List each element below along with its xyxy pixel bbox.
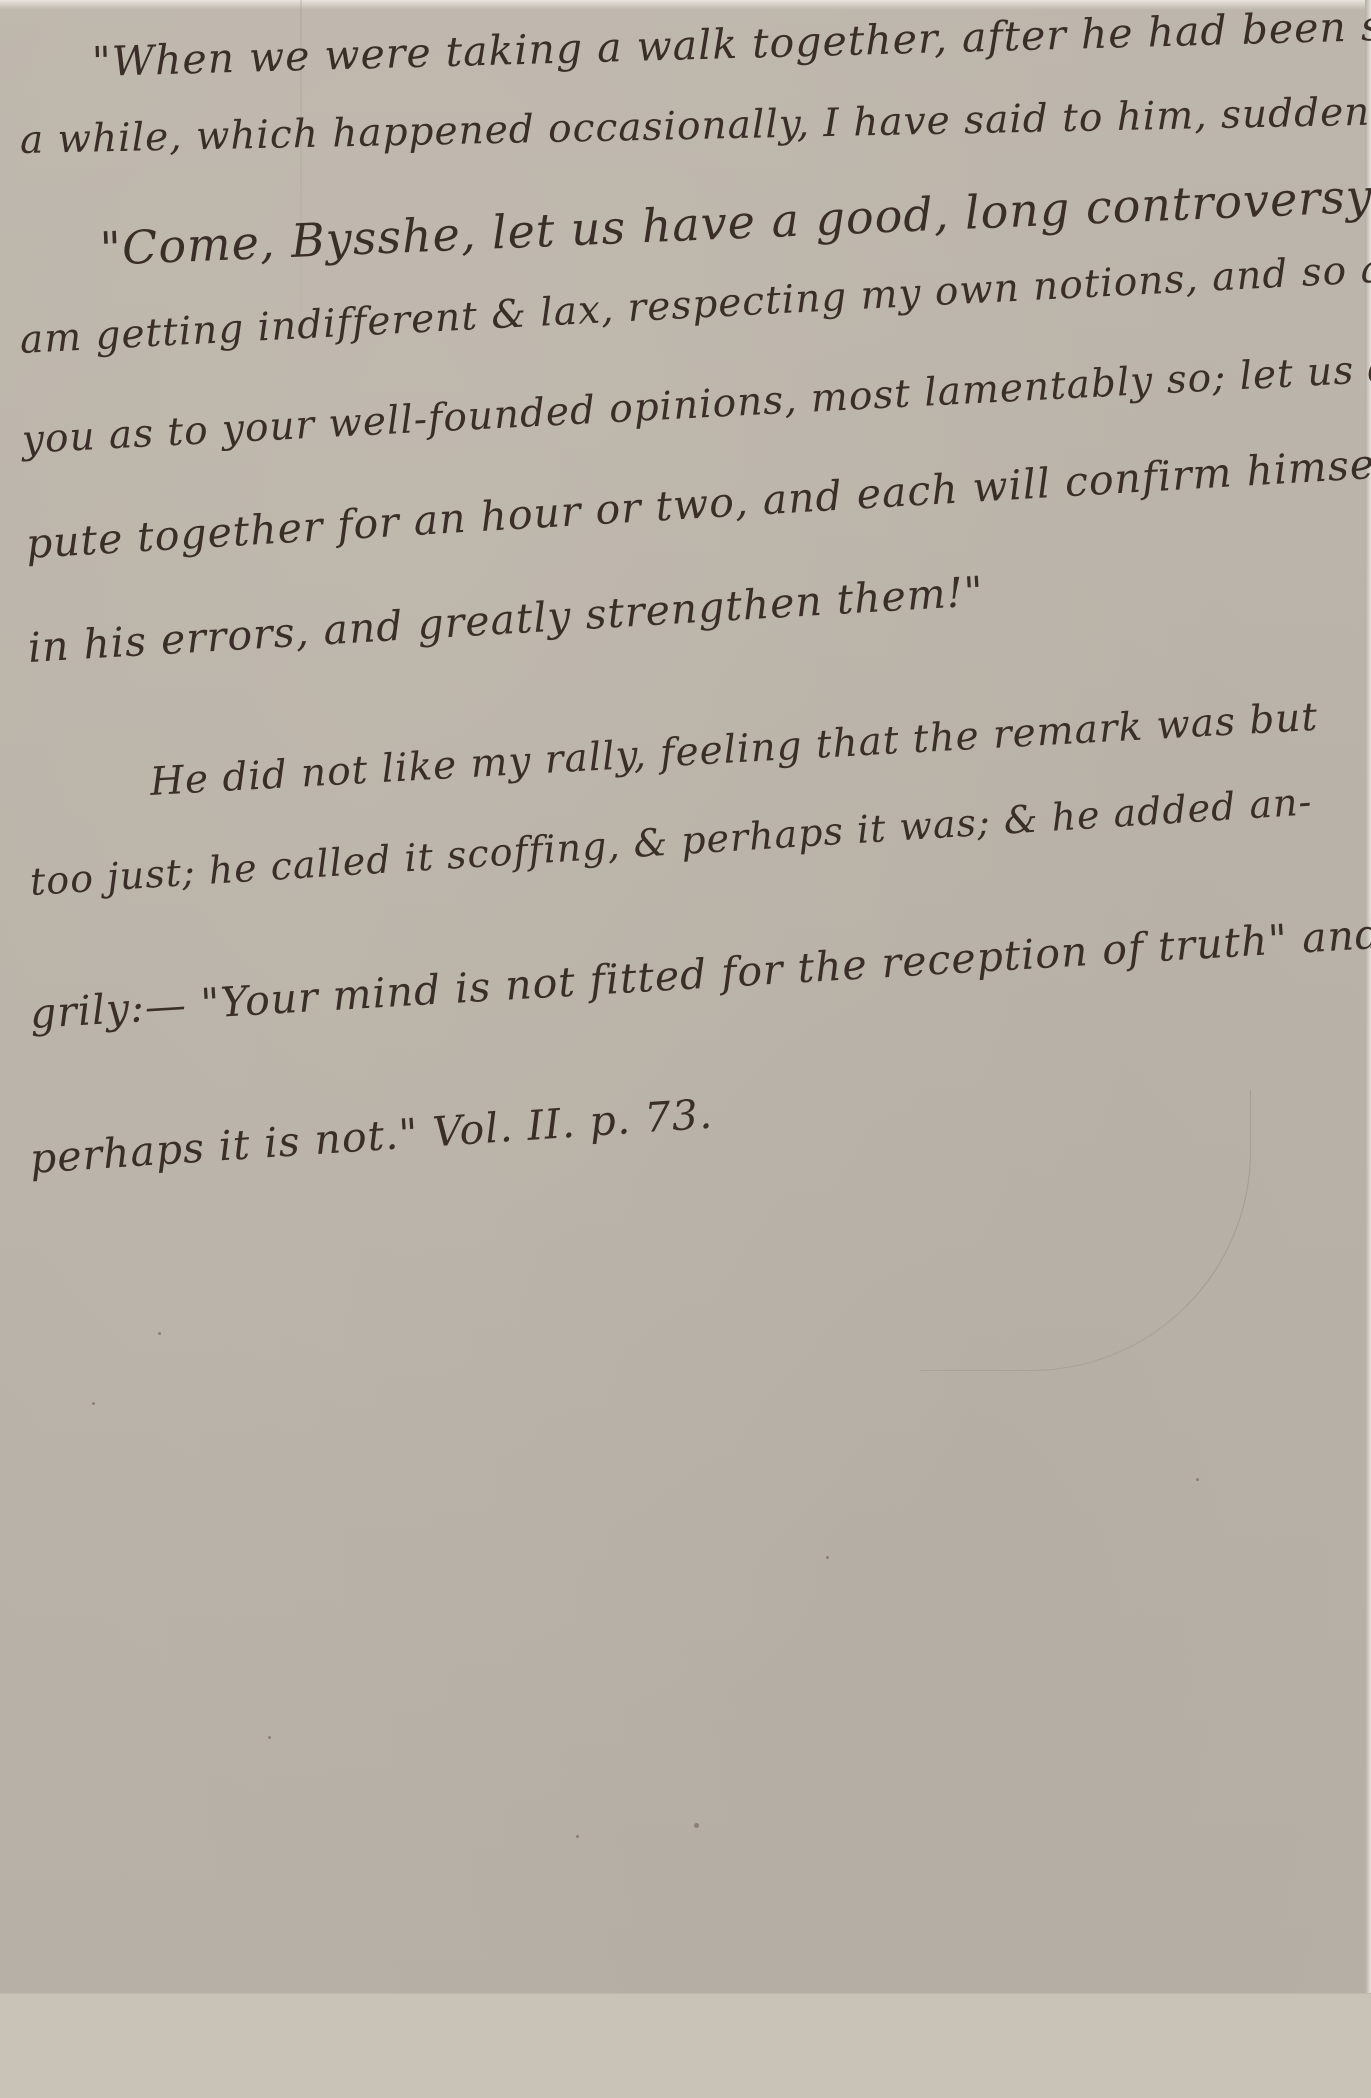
paper-bottom-band	[0, 1993, 1371, 2098]
manuscript-line-10: grily:— "Your mind is not fitted for the…	[29, 910, 1371, 1038]
manuscript-line-6: pute together for an hour or two, and ea…	[25, 438, 1371, 568]
manuscript-line-2: a while, which happened occasionally, I …	[20, 87, 1371, 163]
manuscript-line-11: perhaps it is not." Vol. II. p. 73.	[28, 1090, 714, 1183]
manuscript-page: "When we were taking a walk together, af…	[0, 0, 1371, 2098]
manuscript-line-1: "When we were taking a walk together, af…	[91, 0, 1371, 86]
manuscript-line-5: you as to your well-founded opinions, mo…	[21, 344, 1371, 463]
paper-speck	[576, 1835, 579, 1838]
paper-speck	[158, 1332, 161, 1335]
manuscript-line-8: He did not like my rally, feeling that t…	[149, 695, 1319, 805]
paper-speck	[268, 1736, 271, 1739]
paper-speck	[92, 1402, 95, 1405]
paper-speck	[826, 1556, 829, 1559]
paper-speck	[694, 1823, 699, 1828]
paper-right-edge	[1365, 0, 1371, 2098]
paper-speck	[1196, 1478, 1199, 1481]
faint-pencil-mark	[920, 1090, 1251, 1371]
manuscript-line-7: in his errors, and greatly strengthen th…	[27, 567, 986, 672]
